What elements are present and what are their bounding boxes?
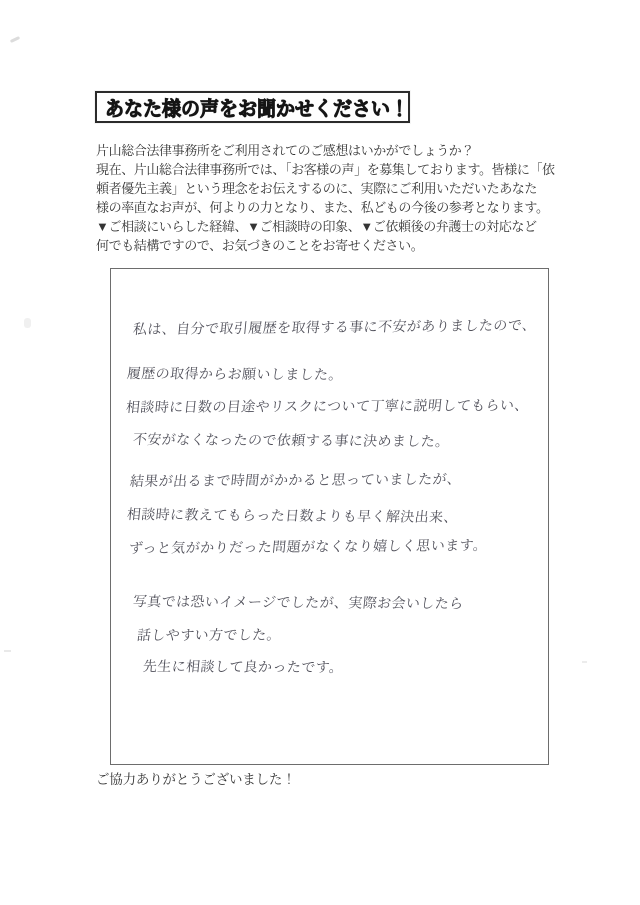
intro-line: 片山総合法律事務所をご利用されてのご感想はいかがでしょうか？ <box>96 141 556 160</box>
intro-line: 何でも結構ですので、お気づきのことをお寄せください。 <box>96 236 556 255</box>
intro-line: 様の率直なお声が、何よりの力となり、また、私どもの今後の参考となります。 <box>96 198 556 217</box>
handwritten-line: 結果が出るまで時間がかかると思っていましたが、 <box>129 469 462 491</box>
footer-thanks: ご協力ありがとうございました！ <box>96 768 296 788</box>
handwritten-line: 私は、自分で取引履歴を取得する事に不安がありましたので、 <box>132 315 537 339</box>
handwritten-line: 相談時に教えてもらった日数よりも早く解決出来、 <box>126 504 459 527</box>
header-title-box: あなた様の声をお聞かせください！ <box>95 91 410 123</box>
page-title: あなた様の声をお聞かせください！ <box>105 93 409 121</box>
intro-line: 頼者優先主義」という理念をお伝えするのに、実際にご利用いただいたあなた <box>96 179 556 198</box>
scan-artifact <box>582 661 587 663</box>
handwritten-line: 話しやすい方でした。 <box>136 624 282 645</box>
testimonial-box: 私は、自分で取引履歴を取得する事に不安がありましたので、 履歴の取得からお願いし… <box>110 268 549 765</box>
scan-artifact <box>4 650 11 652</box>
scan-artifact <box>10 36 20 43</box>
handwritten-line: 履歴の取得からお願いしました。 <box>126 363 344 385</box>
intro-line: ▼ご相談にいらした経緯、▼ご相談時の印象、▼ご依頼後の弁護士の対応など <box>96 217 556 236</box>
intro-paragraph: 片山総合法律事務所をご利用されてのご感想はいかがでしょうか？ 現在、片山総合法律… <box>96 141 556 255</box>
intro-line: 現在、片山総合法律事務所では、「お客様の声」を募集しております。皆様に「依 <box>96 160 556 179</box>
handwritten-line: 不安がなくなったので依頼する事に決めました。 <box>132 429 451 451</box>
handwritten-line: 相談時に日数の目途やリスクについて丁寧に説明してもらい、 <box>125 395 530 417</box>
handwritten-line: 写真では恐いイメージでしたが、実際お会いしたら <box>132 591 464 613</box>
scanned-feedback-sheet: あなた様の声をお聞かせください！ 片山総合法律事務所をご利用されてのご感想はいか… <box>0 0 640 905</box>
handwritten-line: 先生に相談して良かったです。 <box>142 656 344 677</box>
handwritten-line: ずっと気がかりだった問題がなくなり嬉しく思います。 <box>128 535 488 558</box>
scan-artifact <box>24 318 31 328</box>
